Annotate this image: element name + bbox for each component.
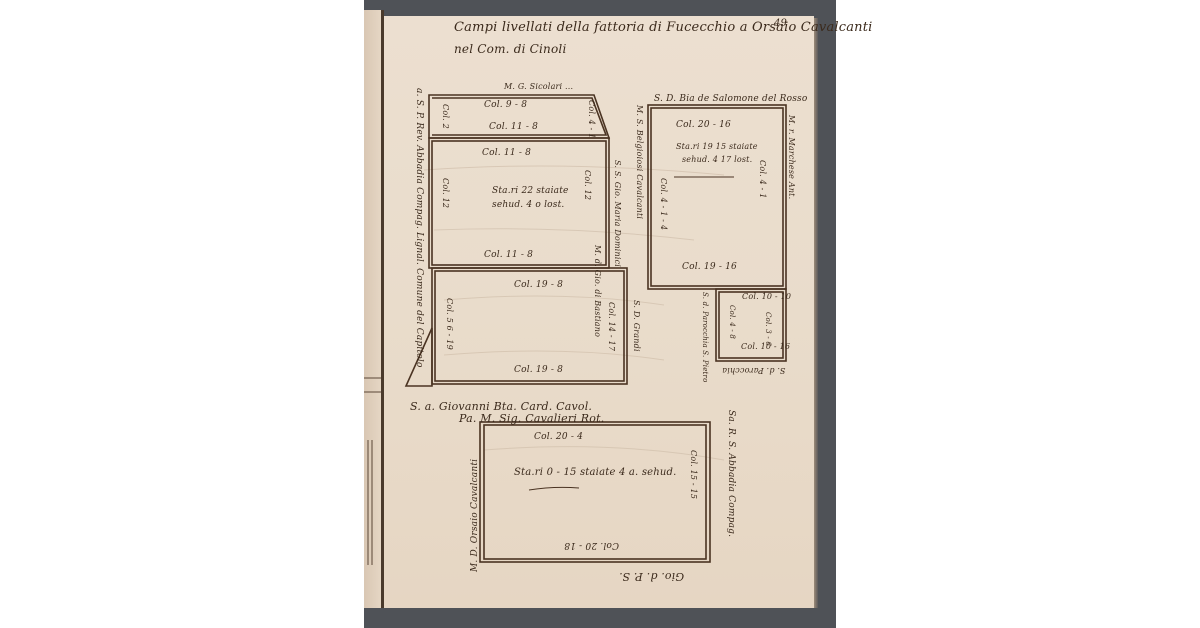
plot-label: Col. 4 - 1 — [587, 100, 596, 139]
plot-label: Col. 11 - 8 — [489, 122, 538, 132]
plot-label: Col. 12 — [583, 170, 592, 200]
plot-label: Col. 4 - 1 - 4 — [659, 178, 668, 230]
plot-area: Sta.ri 0 - 15 staiate 4 a. sehud. — [514, 467, 677, 478]
neighbor-label: S. d. Parocchia — [722, 366, 785, 375]
plot-area: Sta.ri 19 15 staiate — [676, 142, 758, 151]
plot-label: Col. 3 - 6 — [764, 312, 772, 346]
plot-label: Col. 15 - 15 — [689, 450, 698, 499]
plot-area: sehud. 4 17 lost. — [682, 155, 752, 164]
neighbor-label: Pa. M. Sig. Cavalieri Rot. — [459, 412, 604, 425]
neighbor-label: M. r. Marchese Ant. — [787, 115, 796, 199]
plot-label: Col. 12 — [441, 178, 450, 208]
neighbor-label: M. S. Belgioiosi Cavalcanti — [635, 105, 644, 219]
neighbor-label: Sa. R. S. Abbadia Compag. — [726, 410, 736, 537]
plot-label: Col. 5 6 - 19 — [445, 298, 454, 350]
plot-label: Col. 11 - 8 — [484, 250, 533, 260]
neighbor-label: S. D. Grandi — [632, 300, 641, 352]
plot-label: Col. 11 - 8 — [482, 148, 531, 158]
plot-label: Col. 19 - 8 — [514, 365, 563, 375]
plot-area: sehud. 4 o lost. — [492, 200, 564, 210]
plot-label: Col. 9 - 8 — [484, 100, 527, 110]
heading-line-1: Campi livellati della fattoria di Fucecc… — [454, 20, 873, 35]
page-number: 49 — [774, 18, 787, 29]
plot-area: Sta.ri 22 staiate — [492, 186, 569, 196]
plot-label: Col. 4 - 8 — [728, 305, 736, 339]
plot-label: Col. 19 - 16 — [682, 262, 737, 272]
plot-label: Col. 2 — [441, 104, 450, 129]
plot-label: Col. 19 - 8 — [514, 280, 563, 290]
heading-line-2: nel Com. di Cinoli — [454, 42, 566, 56]
plot-label: Col. 4 - 1 — [758, 160, 767, 199]
neighbor-label: Gio. d. P. S. — [619, 570, 684, 583]
neighbor-label: S. S. Gio. Maria Dominici — [613, 160, 622, 267]
neighbor-label: M. d. Gio. di Bastiano — [593, 245, 602, 337]
neighbor-label: S. D. Bia de Salomone del Rosso — [654, 94, 808, 104]
neighbor-label: S. d. Parocchia S. Pietro — [701, 292, 709, 383]
plot-label: Col. 10 - 10 — [742, 292, 791, 301]
plot-label: Col. 20 - 18 — [564, 540, 619, 550]
plot-label: Col. 20 - 4 — [534, 432, 583, 442]
manuscript-scan: Campi livellati della fattoria di Fucecc… — [364, 0, 836, 628]
neighbor-label: a. S. P. Rev. Abbadia Compag. Lignal. Co… — [414, 88, 424, 368]
neighbor-label: M. G. Sicolari ... — [504, 82, 573, 91]
neighbor-label: M. D. Orsaio Cavalcanti — [470, 459, 480, 572]
plot-label: Col. 14 - 17 — [607, 302, 616, 351]
plot-label: Col. 20 - 16 — [676, 120, 731, 130]
